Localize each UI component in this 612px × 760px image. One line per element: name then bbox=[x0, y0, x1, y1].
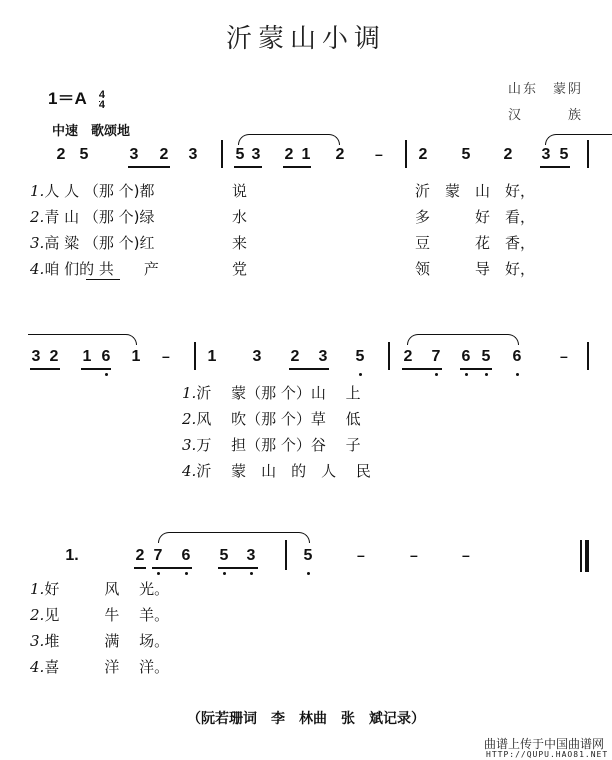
time-signature: 4 4 bbox=[99, 90, 105, 110]
lyric: 党 bbox=[232, 258, 247, 279]
extension-dash: – bbox=[357, 547, 365, 563]
note: 5 bbox=[460, 146, 472, 164]
barline bbox=[587, 140, 589, 168]
note: 1 bbox=[130, 348, 142, 366]
note: 1. bbox=[62, 547, 82, 565]
note: 3 bbox=[317, 348, 329, 366]
note: 2 bbox=[55, 146, 67, 164]
song-title: 沂蒙山小调 bbox=[0, 18, 612, 55]
note: 2 bbox=[48, 348, 60, 366]
note: 2 bbox=[402, 348, 414, 366]
extension-dash: – bbox=[410, 547, 418, 563]
slur bbox=[238, 134, 340, 145]
note: 3 bbox=[245, 547, 257, 565]
slur bbox=[407, 334, 519, 345]
origin-region: 山东 蒙阴 bbox=[508, 78, 583, 97]
lyric-verse-2: 2.见 牛 羊。 bbox=[30, 604, 169, 625]
note: 2 bbox=[283, 146, 295, 164]
lyric: 说 bbox=[232, 180, 247, 201]
lyric: 领 导 好， bbox=[415, 258, 535, 279]
note: 3 bbox=[250, 146, 262, 164]
note: 1 bbox=[81, 348, 93, 366]
lyric-verse-2: 2.青 山 （那 个)绿 bbox=[30, 206, 154, 227]
note: 2 bbox=[334, 146, 346, 164]
barline bbox=[221, 140, 223, 168]
lyric-verse-4: 4.喜 洋 洋。 bbox=[30, 656, 169, 677]
note: 7 bbox=[152, 547, 164, 565]
note: 5 bbox=[558, 146, 570, 164]
final-barline-thin bbox=[580, 540, 582, 572]
barline bbox=[194, 342, 196, 370]
barline bbox=[405, 140, 407, 168]
note: 5 bbox=[480, 348, 492, 366]
note: 3 bbox=[540, 146, 552, 164]
tempo-marking: 中速 歌颂地 bbox=[52, 120, 130, 139]
lyric: 水 bbox=[232, 206, 247, 227]
note: 5 bbox=[234, 146, 246, 164]
note: 2 bbox=[289, 348, 301, 366]
watermark-url: HTTP://QUPU.HAO81.NET bbox=[486, 750, 608, 759]
key-signature: 1＝A 4 4 bbox=[48, 84, 105, 110]
note: 2 bbox=[417, 146, 429, 164]
lyric: 豆 花 香， bbox=[415, 232, 535, 253]
extension-dash: – bbox=[462, 547, 470, 563]
note: 5 bbox=[78, 146, 90, 164]
note: 6 bbox=[100, 348, 112, 366]
note: 1 bbox=[300, 146, 312, 164]
note: 3 bbox=[128, 146, 140, 164]
lyric: 多 好 看， bbox=[415, 206, 535, 227]
note: 3 bbox=[30, 348, 42, 366]
note: 5 bbox=[354, 348, 366, 366]
note: 3 bbox=[251, 348, 263, 366]
lyric-verse-1: 1.好 风 光。 bbox=[30, 578, 169, 599]
lyric-verse-4: 4.沂 蒙 山 的 人 民 bbox=[182, 460, 371, 481]
note: 6 bbox=[460, 348, 472, 366]
extension-dash: – bbox=[375, 146, 383, 162]
extension-dash: – bbox=[162, 348, 170, 364]
origin-ethnicity: 汉 族 bbox=[508, 104, 583, 123]
barline bbox=[587, 342, 589, 370]
lyric-verse-3: 3.高 粱 （那 个)红 bbox=[30, 232, 154, 253]
lyric-verse-1: 1.人 人 （那 个)都 bbox=[30, 180, 154, 201]
note: 1 bbox=[206, 348, 218, 366]
credits: （阮若珊词 李 林曲 张 斌记录） bbox=[0, 708, 612, 728]
note: 2 bbox=[502, 146, 514, 164]
note: 5 bbox=[218, 547, 230, 565]
slur bbox=[158, 532, 310, 543]
note: 2 bbox=[158, 146, 170, 164]
note: 3 bbox=[187, 146, 199, 164]
lyric-verse-2: 2.风 吹（那 个）草 低 bbox=[182, 408, 361, 429]
final-barline-thick bbox=[585, 540, 589, 572]
extension-dash: – bbox=[560, 348, 568, 364]
slur bbox=[545, 134, 612, 145]
barline bbox=[388, 342, 390, 370]
note: 6 bbox=[180, 547, 192, 565]
note: 2 bbox=[134, 547, 146, 565]
lyric: 来 bbox=[232, 232, 247, 253]
lyric-verse-3: 3.堆 满 场。 bbox=[30, 630, 169, 651]
key-label: 1＝A bbox=[48, 89, 86, 108]
lyric-verse-1: 1.沂 蒙（那 个）山 上 bbox=[182, 382, 361, 403]
slur bbox=[28, 334, 137, 345]
note: 6 bbox=[511, 348, 523, 366]
lyric-verse-4: 4.咱 们的 共 产 bbox=[30, 258, 159, 279]
lyric-verse-3: 3.万 担（那 个）谷 子 bbox=[182, 434, 361, 455]
note: 5 bbox=[302, 547, 314, 565]
barline bbox=[285, 540, 287, 570]
lyric: 沂 蒙 山 好， bbox=[415, 180, 535, 201]
note: 7 bbox=[430, 348, 442, 366]
